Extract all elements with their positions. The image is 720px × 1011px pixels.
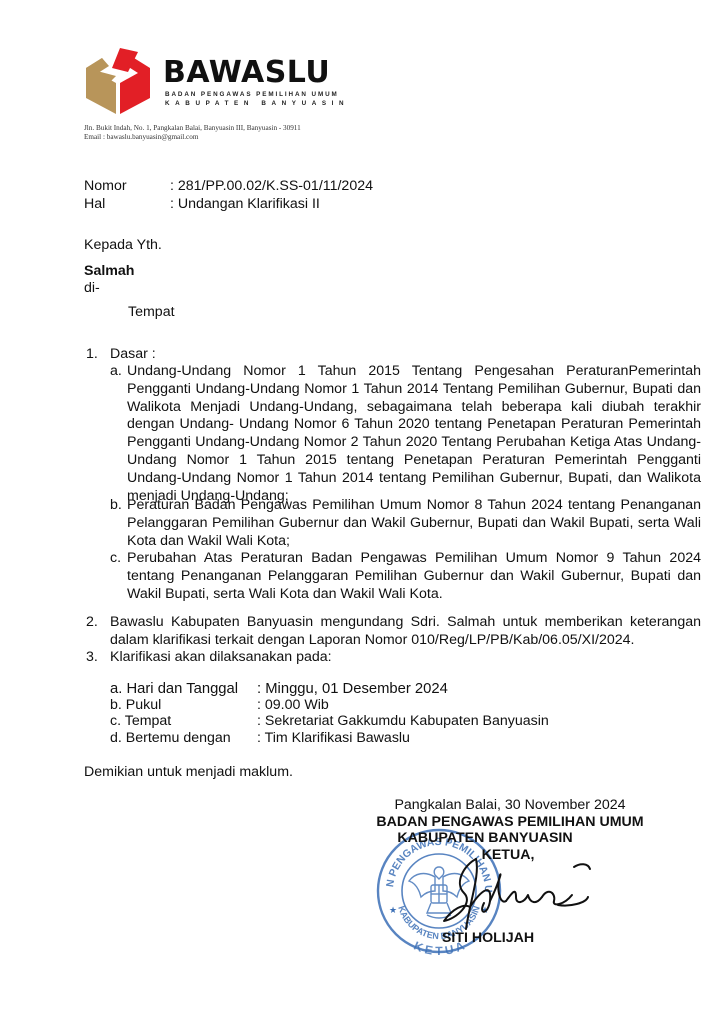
- nomor-value: : 281/PP.00.02/K.SS-01/11/2024: [170, 178, 373, 196]
- hal-value: : Undangan Klarifikasi II: [170, 196, 320, 214]
- nomor-label: Nomor: [84, 178, 127, 196]
- item3-number: 3.: [86, 649, 98, 667]
- dasar-b-marker: b.: [110, 497, 122, 515]
- dasar-b-text: Peraturan Badan Pengawas Pemilihan Umum …: [127, 497, 701, 550]
- svg-text:★: ★: [389, 905, 397, 915]
- brand-subtitle-region: KABUPATEN BANYUASIN: [165, 100, 349, 107]
- recipient-di: di-: [84, 280, 100, 298]
- item2-number: 2.: [86, 614, 98, 632]
- schedule-meet-label: d. Bertemu dengan: [110, 730, 231, 748]
- hal-label: Hal: [84, 196, 105, 214]
- item1-number: 1.: [86, 346, 98, 364]
- brand-name: BAWASLU: [163, 58, 330, 88]
- item1-title: Dasar :: [110, 346, 156, 364]
- item2-text: Bawaslu Kabupaten Banyuasin mengundang S…: [110, 614, 701, 650]
- handwritten-signature-icon: [440, 845, 610, 935]
- bawaslu-logo-icon: [82, 46, 154, 118]
- signatory-name: SITI HOLIJAH: [338, 930, 638, 948]
- letterhead-address: Jln. Bukit Indah, No. 1, Pangkalan Balai…: [84, 124, 301, 133]
- dasar-c-text: Perubahan Atas Peraturan Badan Pengawas …: [127, 550, 701, 603]
- letterhead-email: Email : bawaslu.banyuasin@gmail.com: [84, 133, 301, 142]
- dasar-a-text: Undang-Undang Nomor 1 Tahun 2015 Tentang…: [127, 363, 701, 505]
- dasar-c-marker: c.: [110, 550, 121, 568]
- recipient-name: Salmah: [84, 263, 134, 281]
- recipient-place: Tempat: [128, 304, 175, 322]
- place-date: Pangkalan Balai, 30 November 2024: [360, 797, 660, 815]
- schedule-meet-value: : Tim Klarifikasi Bawaslu: [257, 730, 410, 748]
- salutation: Kepada Yth.: [84, 237, 162, 255]
- schedule-place-label: c. Tempat: [110, 713, 171, 731]
- schedule-place-value: : Sekretariat Gakkumdu Kabupaten Banyuas…: [257, 713, 549, 731]
- letterhead-contact: Jln. Bukit Indah, No. 1, Pangkalan Balai…: [84, 124, 301, 141]
- dasar-a-marker: a.: [110, 363, 122, 381]
- closing-text: Demikian untuk menjadi maklum.: [84, 764, 293, 782]
- brand-subtitle-agency: BADAN PENGAWAS PEMILIHAN UMUM: [165, 91, 339, 98]
- item3-text: Klarifikasi akan dilaksanakan pada:: [110, 649, 332, 667]
